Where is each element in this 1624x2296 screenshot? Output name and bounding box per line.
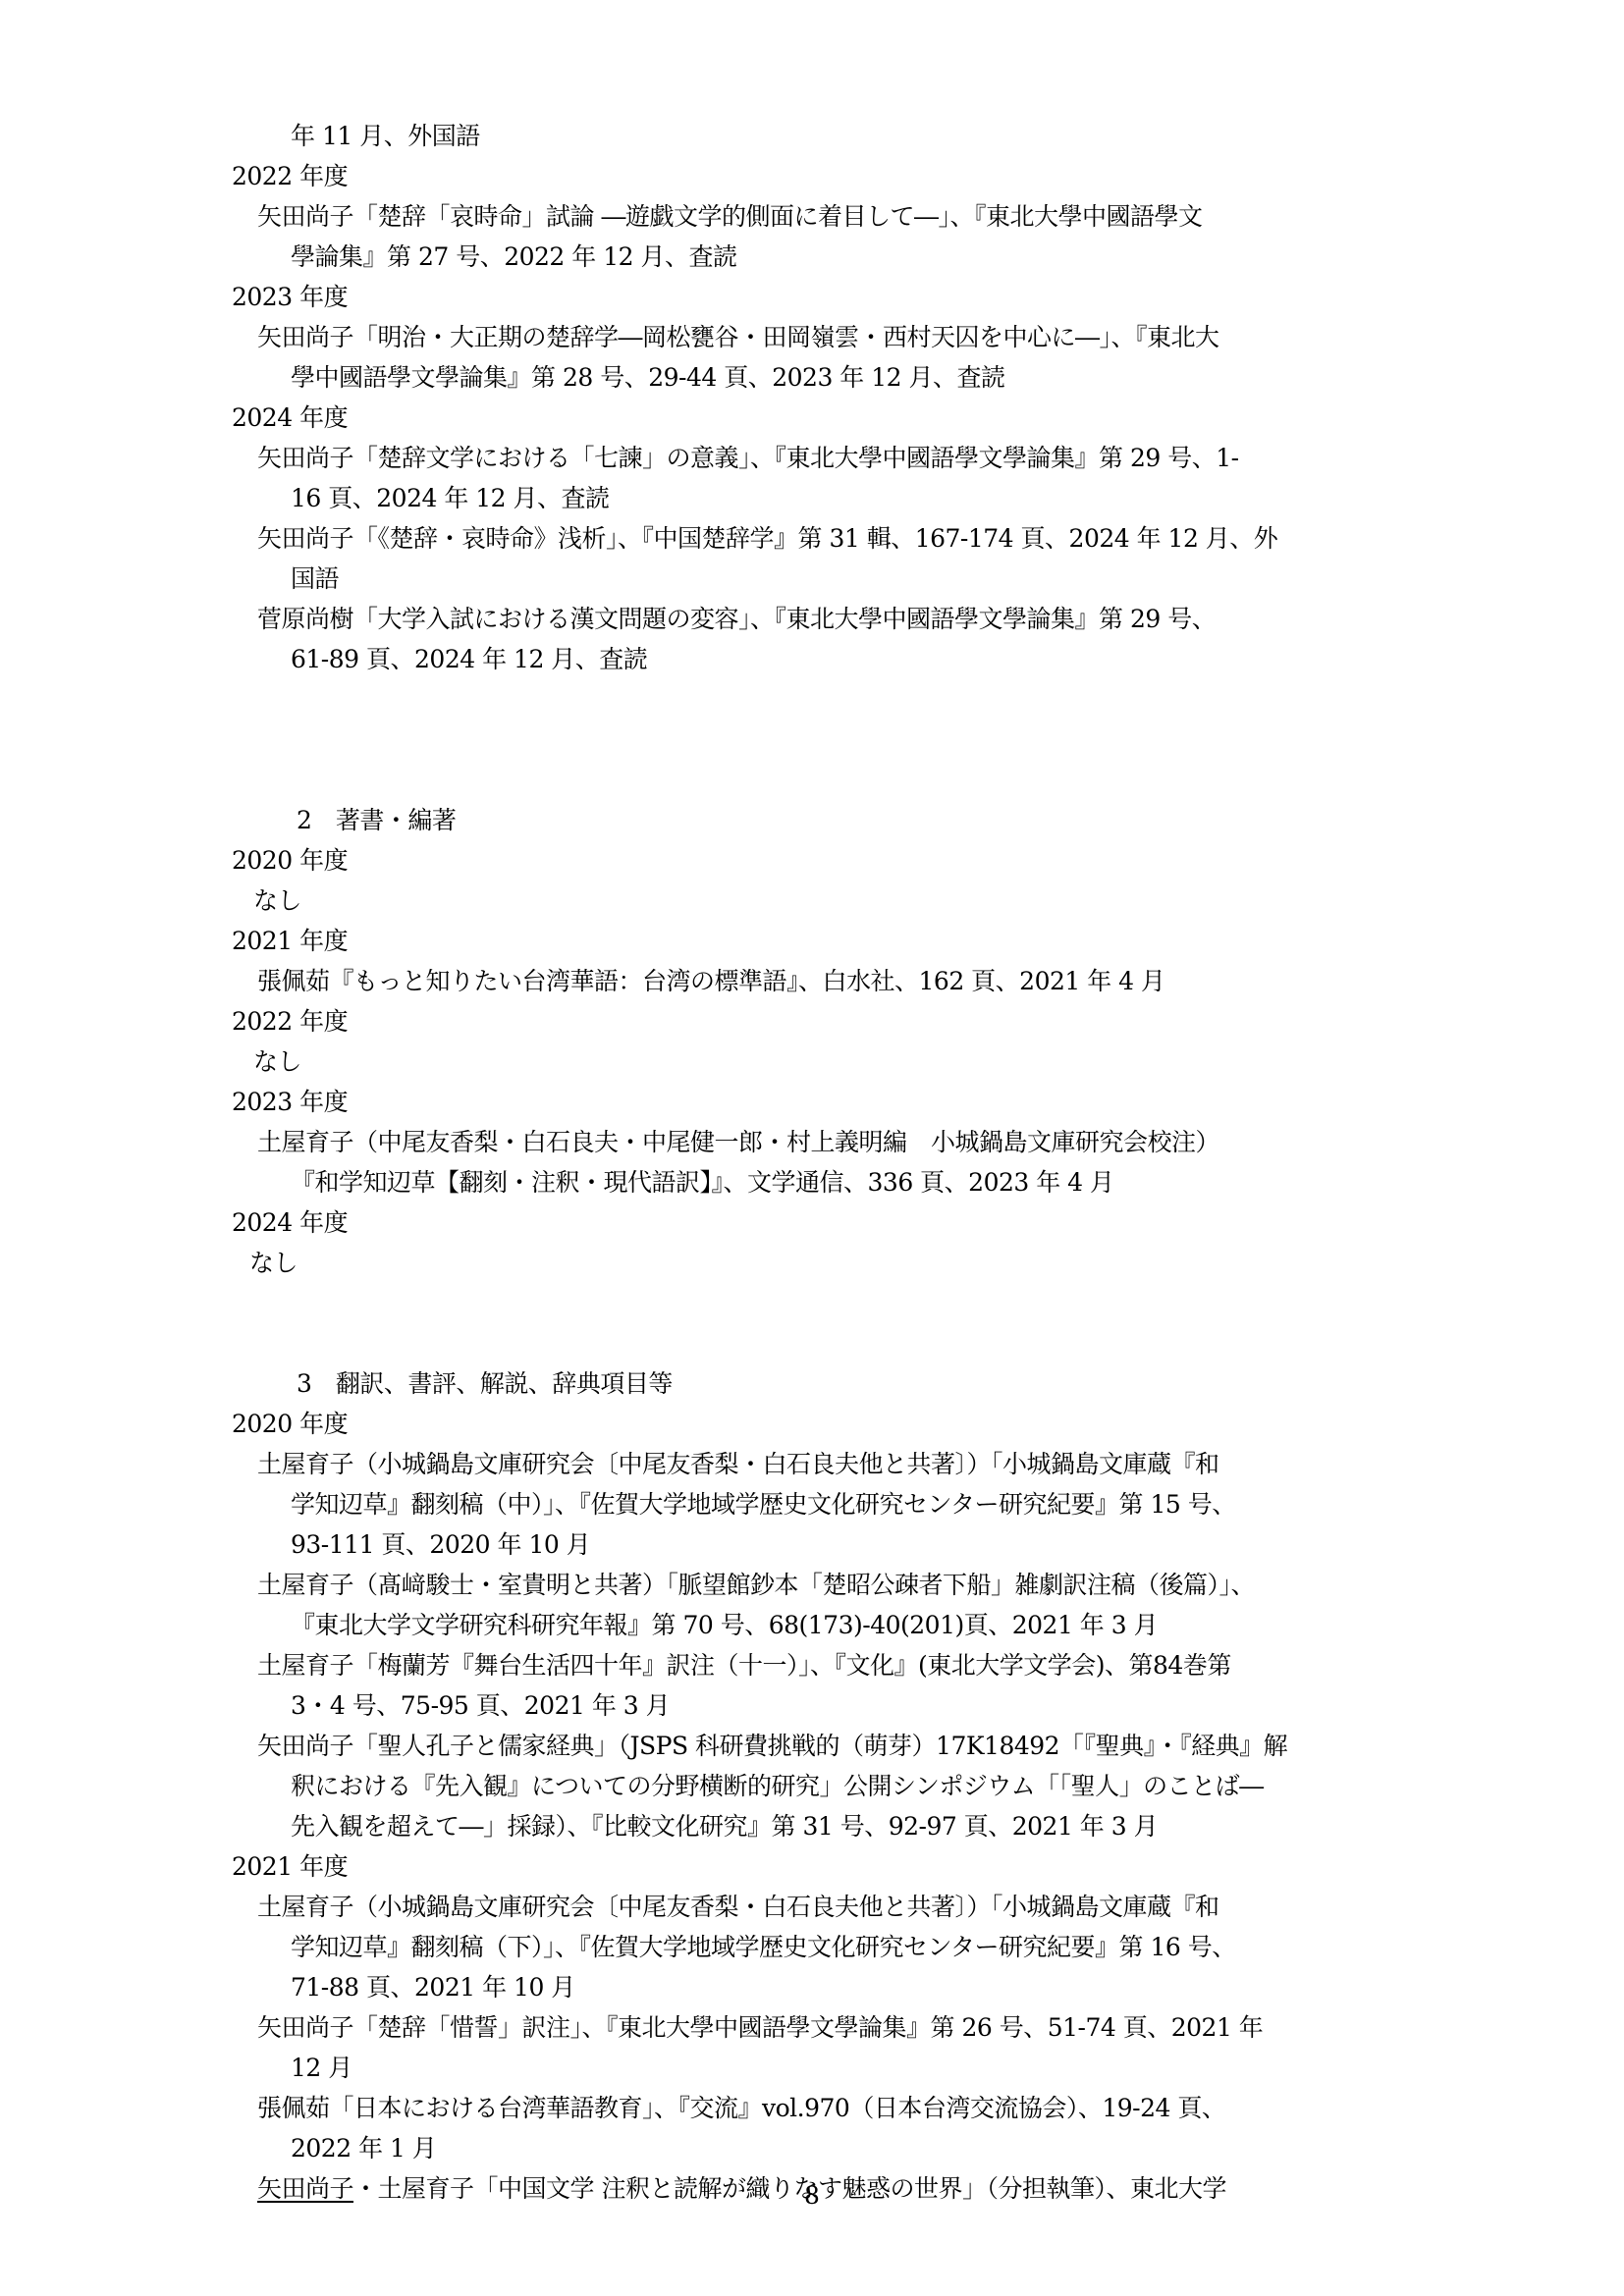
year-heading: 2024 年度 [232,398,1410,438]
entry-line: 矢田尚子「楚辞文学における「七諫」の意義」、『東北大學中國語學文學論集』第 29… [232,438,1410,478]
entry-continuation: 2022 年 1 月 [232,2128,1410,2168]
entry-continuation: 先入観を超えて―」採録）、『比較文化研究』第 31 号、92-97 頁、2021… [232,1806,1410,1846]
entry-continuation: 国語 [232,559,1410,599]
entry-continuation: 学知辺草』翻刻稿（下）」、『佐賀大学地域学歴史文化研究センター研究紀要』第 16… [232,1927,1410,1967]
entry-continuation: 71-88 頁、2021 年 10 月 [232,1967,1410,2007]
year-heading: 2021 年度 [232,921,1410,961]
year-heading: 2020 年度 [232,1404,1410,1444]
section-spacer [232,1283,1410,1363]
year-heading: 2020 年度 [232,840,1410,881]
section-heading: 3 翻訳、書評、解説、辞典項目等 [232,1363,1410,1404]
entry-continuation: 學論集』第 27 号、2022 年 12 月、査読 [232,237,1410,277]
document-page: 年 11 月、外国語 2022 年度 矢田尚子「楚辞「哀時命」試論 ―遊戯文学的… [232,116,1410,2209]
year-heading: 2022 年度 [232,1001,1410,1041]
entry-line: 菅原尚樹「大学入試における漢文問題の変容」、『東北大學中國語學文學論集』第 29… [232,599,1410,639]
entry-continuation: 3・4 号、75-95 頁、2021 年 3 月 [232,1685,1410,1726]
none-text: なし [232,881,1410,921]
year-heading: 2023 年度 [232,277,1410,317]
entry-line: 土屋育子（小城鍋島文庫研究会〔中尾友香梨・白石良夫他と共著〕）「小城鍋島文庫蔵『… [232,1444,1410,1484]
entry-line: 土屋育子「梅蘭芳『舞台生活四十年』訳注（十一）」、『文化』(東北大学文学会)、第… [232,1645,1410,1685]
entry-line: 土屋育子（中尾友香梨・白石良夫・中尾健一郎・村上義明編 小城鍋島文庫研究会校注） [232,1122,1410,1162]
entry-line: 土屋育子（小城鍋島文庫研究会〔中尾友香梨・白石良夫他と共著〕）「小城鍋島文庫蔵『… [232,1887,1410,1927]
entry-line: 矢田尚子「楚辞「哀時命」試論 ―遊戯文学的側面に着目して―」、『東北大學中國語學… [232,196,1410,237]
entry-continuation: 学知辺草』翻刻稿（中）」、『佐賀大学地域学歴史文化研究センター研究紀要』第 15… [232,1484,1410,1524]
entry-line: 矢田尚子「《楚辞・哀時命》浅析」、『中国楚辞学』第 31 輯、167-174 頁… [232,518,1410,559]
year-heading: 2021 年度 [232,1846,1410,1887]
none-text: なし [232,1041,1410,1082]
entry-continuation: 『和学知辺草【翻刻・注釈・現代語訳】』、文学通信、336 頁、2023 年 4 … [232,1162,1410,1202]
entry-line: 矢田尚子「楚辞「惜誓」訳注」、『東北大學中國語學文學論集』第 26 号、51-7… [232,2007,1410,2048]
year-heading: 2023 年度 [232,1082,1410,1122]
entry-continuation: 16 頁、2024 年 12 月、査読 [232,478,1410,518]
section-spacer [232,679,1410,800]
entry-line: 矢田尚子「明治・大正期の楚辞学―岡松甕谷・田岡嶺雲・西村天囚を中心に―」、『東北… [232,317,1410,357]
entry-continuation: 『東北大学文学研究科研究年報』第 70 号、68(173)-40(201)頁、2… [232,1605,1410,1645]
entry-continuation: 12 月 [232,2048,1410,2088]
entry-continuation: 61-89 頁、2024 年 12 月、査読 [232,639,1410,679]
year-heading: 2022 年度 [232,156,1410,196]
entry-line: 張佩茹「日本における台湾華語教育」、『交流』vol.970（日本台湾交流協会）、… [232,2088,1410,2128]
entry-continuation: 學中國語學文學論集』第 28 号、29-44 頁、2023 年 12 月、査読 [232,357,1410,398]
entry-continuation: 93-111 頁、2020 年 10 月 [232,1524,1410,1565]
entry-line: 矢田尚子「聖人孔子と儒家経典」（JSPS 科研費挑戦的（萌芽）17K18492「… [232,1726,1410,1766]
entry-line: 張佩茹『もっと知りたい台湾華語：台湾の標準語』、白水社、162 頁、2021 年… [232,961,1410,1001]
none-text: なし [232,1243,1410,1283]
section-heading: 2 著書・編著 [232,800,1410,840]
page-number: 8 [0,2181,1624,2211]
entry-line: 土屋育子（髙﨑駿士・室貴明と共著）「脈望館鈔本「楚昭公疎者下船」雑劇訳注稿（後篇… [232,1565,1410,1605]
year-heading: 2024 年度 [232,1202,1410,1243]
continuation-line: 年 11 月、外国語 [232,116,1410,156]
entry-continuation: 釈における『先入観』についての分野横断的研究」公開シンポジウム「「聖人」のことば… [232,1766,1410,1806]
